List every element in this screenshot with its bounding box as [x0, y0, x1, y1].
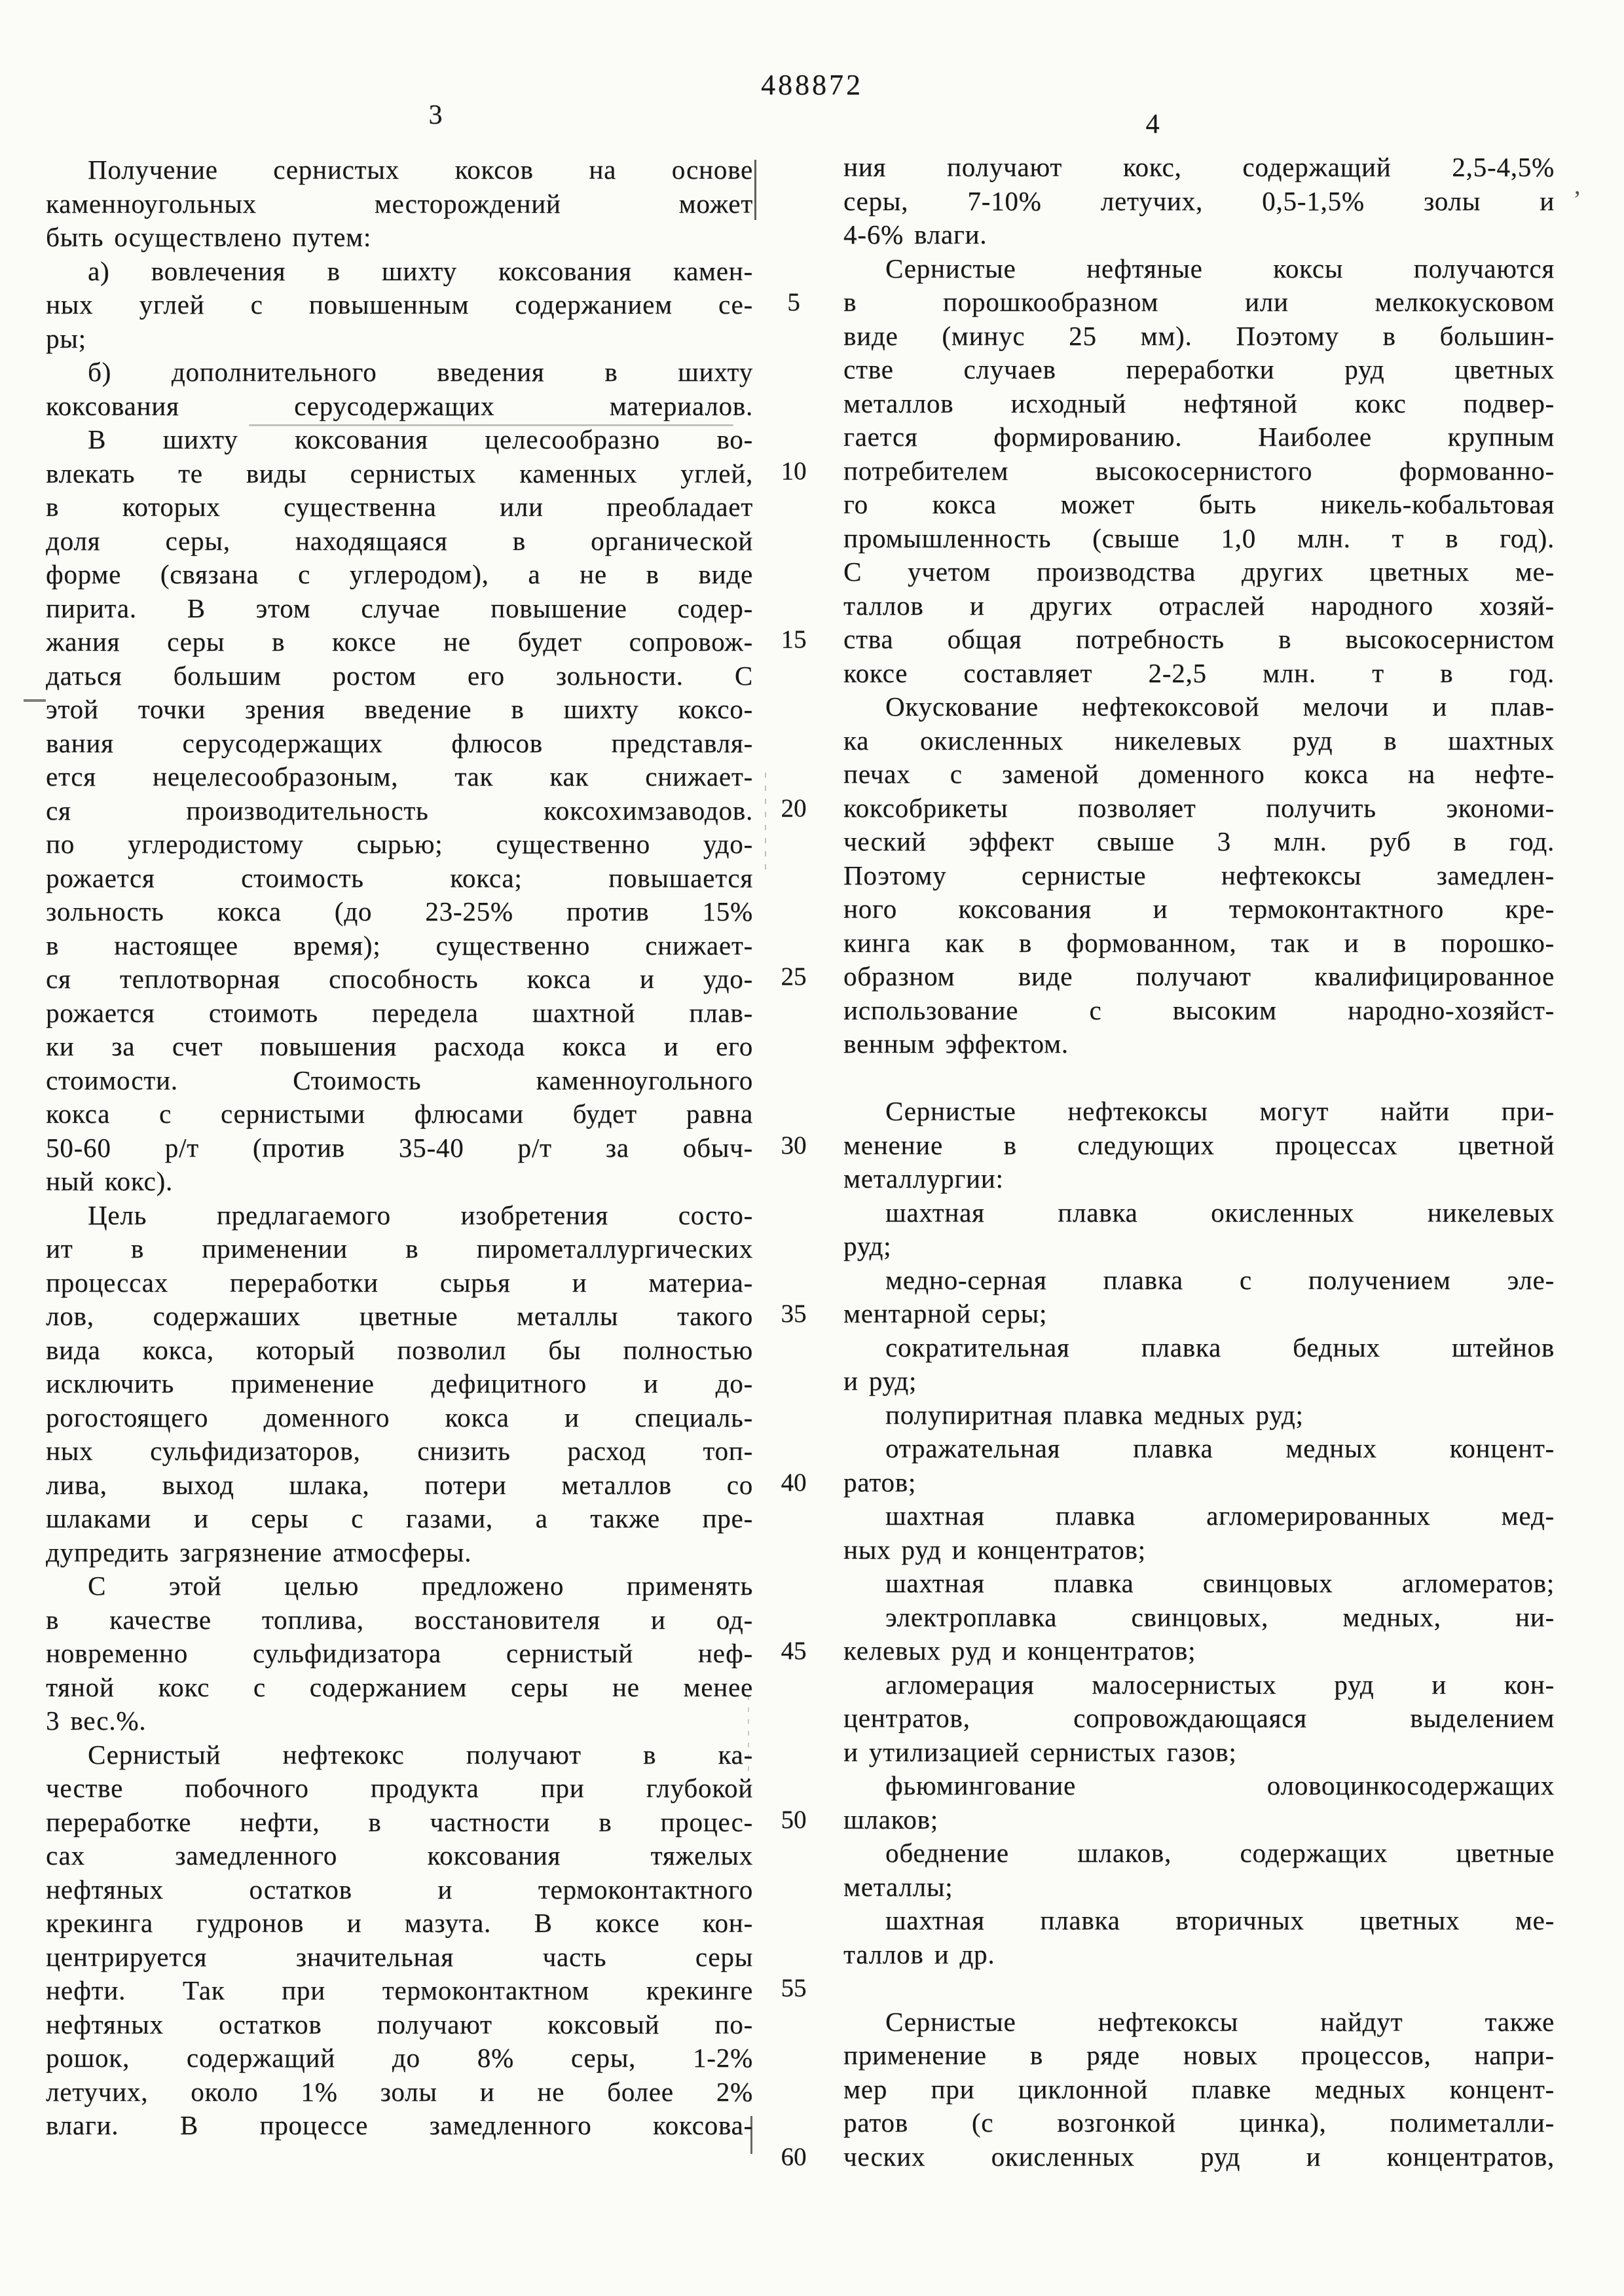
text-line: стве случаев переработки руд цветных — [843, 353, 1555, 387]
scan-artifact — [249, 424, 733, 426]
text-line: руд; — [843, 1230, 1555, 1264]
text-line: 3 вес.%. — [46, 1704, 753, 1738]
text-line: исключить применение дефицитного и до- — [46, 1367, 753, 1401]
text-line: электроплавка свинцовых, медных, ни- — [843, 1601, 1555, 1635]
text-line: 4-6% влаги. — [843, 218, 1555, 252]
text-line: металлы; — [843, 1870, 1555, 1904]
text-line: в настоящее время); существенно снижает- — [46, 929, 753, 963]
text-line: таллов и других отраслей народного хозяй… — [843, 589, 1555, 623]
text-line: лива, выход шлака, потери металлов со — [46, 1468, 753, 1503]
text-line: влаги. В процессе замедленного коксова- — [46, 2109, 753, 2143]
line-number: 55 — [754, 1971, 833, 2005]
text-line: вида кокса, который позволил бы полность… — [46, 1334, 753, 1368]
scan-artifact: , — [1574, 172, 1581, 200]
text-line: ческих окисленных руд и концентратов, — [843, 2140, 1555, 2174]
text-line: Сернистые нефтекоксы найдут также — [843, 2005, 1555, 2039]
text-line: ментарной серы; — [843, 1297, 1555, 1331]
scan-artifact — [24, 699, 46, 702]
text-line: 50-60 р/т (против 35-40 р/т за обыч- — [46, 1131, 753, 1165]
text-line: крекинга гудронов и мазута. В коксе кон- — [46, 1906, 753, 1941]
text-line: мер при циклонной плавке медных концент- — [843, 2073, 1555, 2107]
text-line: ных сульфидизаторов, снизить расход топ- — [46, 1434, 753, 1468]
blank-line — [843, 1971, 1555, 2005]
text-line: летучих, около 1% золы и не более 2% — [46, 2075, 753, 2109]
text-line: и руд; — [843, 1364, 1555, 1398]
text-line: сах замедленного коксования тяжелых — [46, 1839, 753, 1873]
text-line: влекать те виды сернистых каменных углей… — [46, 457, 753, 491]
scan-artifact — [750, 2116, 752, 2154]
blank-line — [843, 1061, 1555, 1095]
scan-artifact — [754, 160, 756, 220]
text-line: ния получают кокс, содержащий 2,5-4,5% — [843, 151, 1555, 185]
text-line: пирита. В этом случае повышение содер- — [46, 592, 753, 626]
text-line: го кокса может быть никель-кобальтовая — [843, 488, 1555, 522]
text-line: использование с высоким народно-хозяйст- — [843, 994, 1555, 1028]
text-line: ка окисленных никелевых руд в шахтных — [843, 724, 1555, 758]
text-line: ся производительность коксохимзаводов. — [46, 794, 753, 828]
text-line: честве побочного продукта при глубокой — [46, 1772, 753, 1806]
text-line: рошок, содержащий до 8% серы, 1-2% — [46, 2041, 753, 2075]
text-line: ного коксования и термоконтактного кре- — [843, 892, 1555, 926]
text-line: процессах переработки сырья и материа- — [46, 1266, 753, 1300]
text-line: ется нецелесообразоным, так как снижает- — [46, 760, 753, 794]
text-line: венным эффектом. — [843, 1027, 1555, 1061]
text-line: медно-серная плавка с получением эле- — [843, 1264, 1555, 1298]
text-line: шахтная плавка вторичных цветных ме- — [843, 1904, 1555, 1938]
text-line: виде (минус 25 мм). Поэтому в большин- — [843, 319, 1555, 354]
text-line: ся теплотворная способность кокса и удо- — [46, 962, 753, 996]
text-line: С этой целью предложено применять — [46, 1569, 753, 1603]
left-text-column: Получение сернистых коксов на основекаме… — [46, 153, 753, 2143]
patent-number: 488872 — [0, 68, 1624, 101]
text-line: применение в ряде новых процессов, напри… — [843, 2039, 1555, 2073]
text-line: обеднение шлаков, содержащих цветные — [843, 1836, 1555, 1870]
text-line: Сернистый нефтекокс получают в ка- — [46, 1738, 753, 1772]
text-line: переработке нефти, в частности в процес- — [46, 1806, 753, 1840]
text-line: келевых руд и концентратов; — [843, 1634, 1555, 1668]
text-line: нефтяных остатков и термоконтактного — [46, 1873, 753, 1907]
text-line: металлургии: — [843, 1162, 1555, 1196]
text-line: агломерация малосернистых руд и кон- — [843, 1668, 1555, 1702]
text-line: таллов и др. — [843, 1938, 1555, 1972]
text-line: ства общая потребность в высокосернистом — [843, 623, 1555, 657]
text-line: в которых существенна или преобладает — [46, 490, 753, 524]
text-line: коксобрикеты позволяет получить экономи- — [843, 792, 1555, 826]
line-number: 50 — [754, 1803, 833, 1837]
text-line: кинга как в формованном, так и в порошко… — [843, 926, 1555, 960]
text-line: нефтяных остатков получают коксовый по- — [46, 2008, 753, 2042]
text-line: зольность кокса (до 23-25% против 15% — [46, 895, 753, 929]
text-line: ки за счет повышения расхода кокса и его — [46, 1030, 753, 1064]
text-line: полупиритная плавка медных руд; — [843, 1398, 1555, 1432]
text-line: гается формированию. Наиболее крупным — [843, 420, 1555, 454]
line-number: 25 — [754, 960, 833, 994]
text-line: доля серы, находящаяся в органической — [46, 524, 753, 558]
line-number: 15 — [754, 623, 833, 657]
text-line: жания серы в коксе не будет сопровож- — [46, 625, 753, 659]
text-line: ных руд и концентратов; — [843, 1533, 1555, 1567]
text-line: Сернистые нефтекоксы могут найти при- — [843, 1095, 1555, 1129]
text-line: шахтная плавка свинцовых агломератов; — [843, 1567, 1555, 1601]
text-line: вания серусодержащих флюсов представля- — [46, 727, 753, 761]
scan-artifact — [748, 1696, 749, 1781]
text-line: тяной кокс с содержанием серы не менее — [46, 1671, 753, 1705]
text-line: дупредить загрязнение атмосферы. — [46, 1536, 753, 1570]
text-line: рожается стоимость кокса; повышается — [46, 862, 753, 896]
text-line: потребителем высокосернистого формованно… — [843, 454, 1555, 488]
line-number: 40 — [754, 1466, 833, 1500]
line-number: 30 — [754, 1129, 833, 1163]
text-line: коксе составляет 2-2,5 млн. т в год. — [843, 657, 1555, 691]
text-line: в порошкообразном или мелкокусковом — [843, 285, 1555, 319]
page-number-left: 3 — [370, 100, 501, 131]
text-line: Сернистые нефтяные коксы получаются — [843, 252, 1555, 286]
text-line: шахтная плавка окисленных никелевых — [843, 1196, 1555, 1230]
text-line: ратов; — [843, 1466, 1555, 1500]
line-number: 20 — [754, 792, 833, 826]
text-line: сократительная плавка бедных штейнов — [843, 1331, 1555, 1365]
text-line: лов, содержаших цветные металлы такого — [46, 1300, 753, 1334]
text-line: даться большим ростом его зольности. С — [46, 659, 753, 693]
text-line: быть осуществлено путем: — [46, 221, 753, 255]
line-number: 35 — [754, 1297, 833, 1331]
text-line: промышленность (свыше 1,0 млн. т в год). — [843, 522, 1555, 556]
line-number: 10 — [754, 454, 833, 488]
text-line: по углеродистому сырью; существенно удо- — [46, 828, 753, 862]
text-line: серы, 7-10% летучих, 0,5-1,5% золы и — [843, 185, 1555, 219]
text-line: ный кокс). — [46, 1165, 753, 1199]
scanned-patent-page: 488872 3 4 Получение сернистых коксов на… — [0, 0, 1624, 2296]
text-line: фьюмингование оловоцинкосодержащих — [843, 1769, 1555, 1803]
text-line: каменноугольных месторождений может — [46, 187, 753, 221]
text-line: в качестве топлива, восстановителя и од- — [46, 1603, 753, 1637]
text-line: В шихту коксования целесообразно во- — [46, 423, 753, 457]
text-line: центратов, сопровождающаяся выделением — [843, 1702, 1555, 1736]
scan-artifact — [765, 773, 766, 871]
text-line: форме (связана с углеродом), а не в виде — [46, 558, 753, 592]
text-line: отражательная плавка медных концент- — [843, 1432, 1555, 1466]
text-line: менение в следующих процессах цветной — [843, 1129, 1555, 1163]
text-line: ит в применении в пирометаллургических — [46, 1232, 753, 1266]
page-number-right: 4 — [1087, 109, 1218, 140]
text-line: шлаков; — [843, 1803, 1555, 1837]
text-line: нефти. Так при термоконтактном крекинге — [46, 1974, 753, 2008]
text-line: а) вовлечения в шихту коксования камен- — [46, 255, 753, 289]
text-line: ратов (с возгонкой цинка), полиметалли- — [843, 2106, 1555, 2140]
text-line: образном виде получают квалифицированное — [843, 960, 1555, 994]
text-line: Получение сернистых коксов на основе — [46, 153, 753, 187]
text-line: шлаками и серы с газами, а также пре- — [46, 1502, 753, 1536]
text-line: ческий эффект свыше 3 млн. руб в год. — [843, 825, 1555, 859]
text-line: и утилизацией сернистых газов; — [843, 1736, 1555, 1770]
text-line: кокса с сернистыми флюсами будет равна — [46, 1097, 753, 1131]
text-line: С учетом производства других цветных ме- — [843, 555, 1555, 589]
text-line: новременно сульфидизатора сернистый неф- — [46, 1637, 753, 1671]
text-line: этой точки зрения введение в шихту коксо… — [46, 693, 753, 727]
text-line: рожается стоимоть передела шахтной плав- — [46, 996, 753, 1030]
text-line: стоимости. Стоимость каменноугольного — [46, 1064, 753, 1098]
text-line: Окускование нефтекоксовой мелочи и плав- — [843, 690, 1555, 724]
line-number: 60 — [754, 2140, 833, 2174]
text-line: печах с заменой доменного кокса на нефте… — [843, 757, 1555, 792]
text-line: Поэтому сернистые нефтекоксы замедлен- — [843, 859, 1555, 893]
text-line: б) дополнительного введения в шихту — [46, 355, 753, 390]
text-line: коксования серусодержащих материалов. — [46, 390, 753, 424]
right-text-column: ния получают кокс, содержащий 2,5-4,5%се… — [843, 151, 1555, 2174]
line-number: 5 — [754, 285, 833, 319]
line-number: 45 — [754, 1634, 833, 1668]
text-line: Цель предлагаемого изобретения состо- — [46, 1199, 753, 1233]
text-line: рогостоящего доменного кокса и специаль- — [46, 1401, 753, 1435]
text-line: центрируется значительная часть серы — [46, 1941, 753, 1975]
text-line: шахтная плавка агломерированных мед- — [843, 1499, 1555, 1533]
text-line: ры; — [46, 322, 753, 356]
text-line: ных углей с повышенным содержанием се- — [46, 288, 753, 322]
text-line: металлов исходный нефтяной кокс подвер- — [843, 387, 1555, 421]
